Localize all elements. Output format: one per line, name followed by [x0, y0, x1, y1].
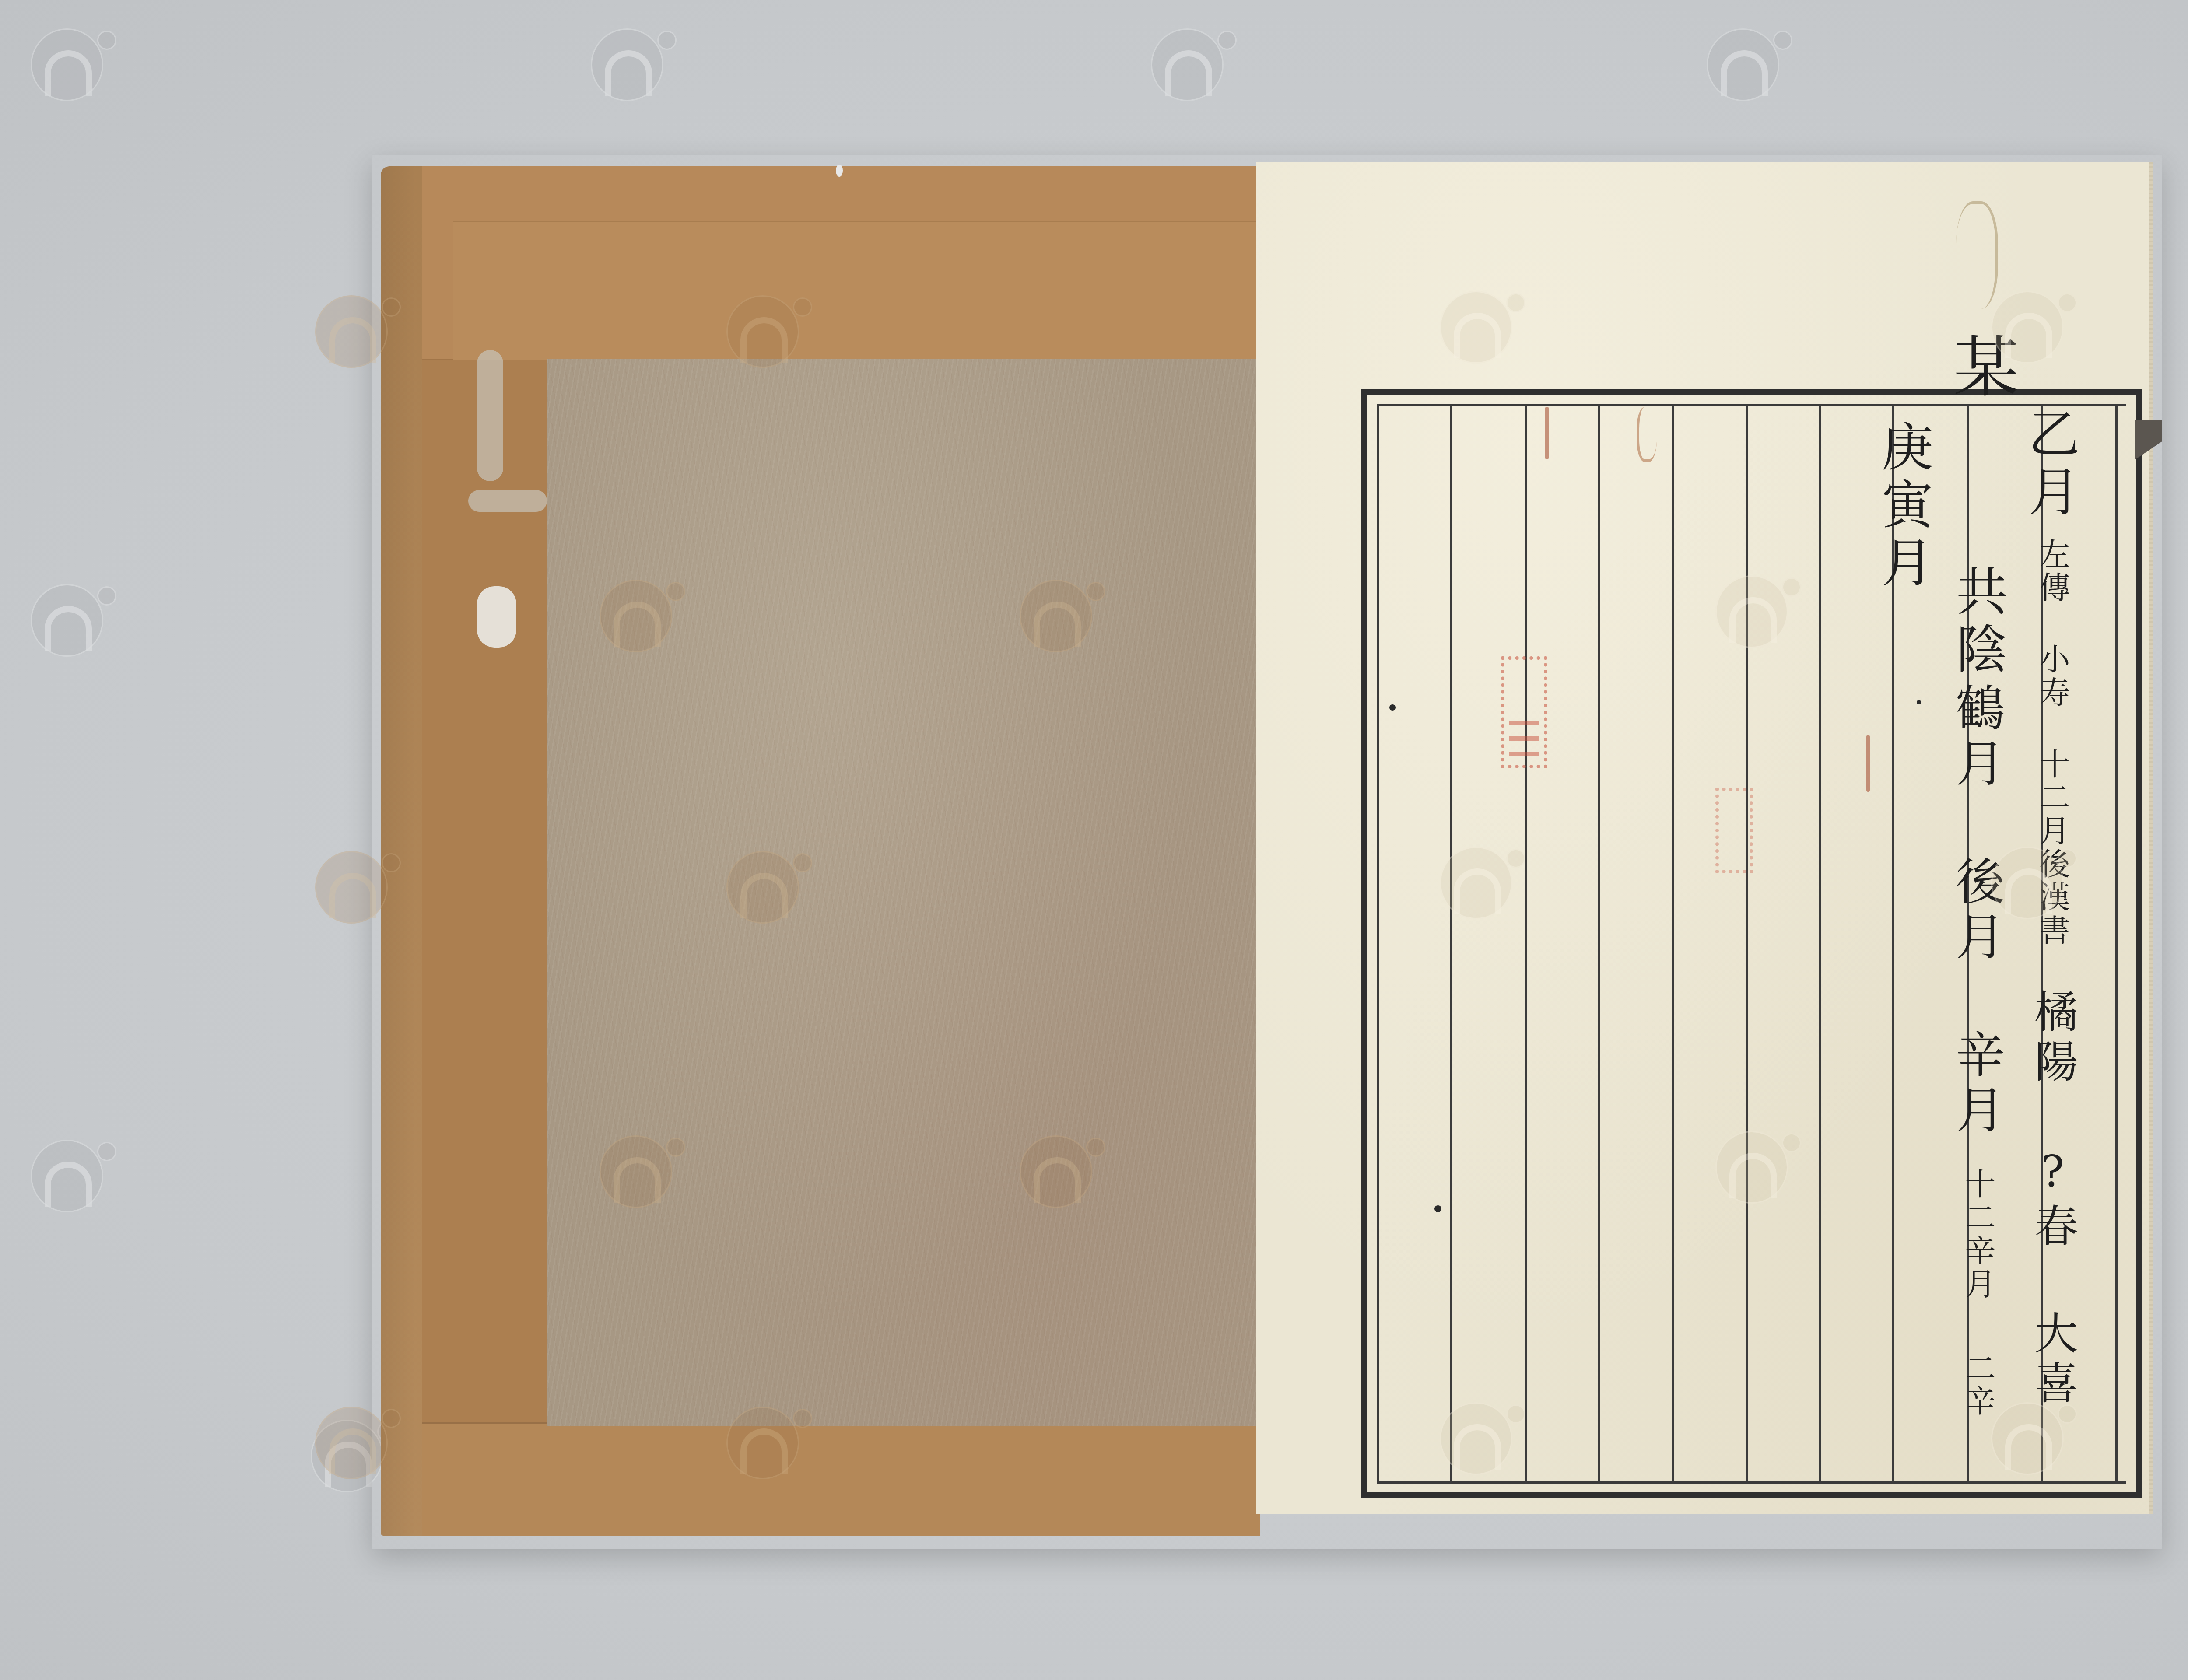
- ruled-page: 乙月 左傳 小寿 十二月後漢書 橘陽 ?春 大喜 某 共陰 鶴月 後月 辛月 十…: [1256, 162, 2153, 1514]
- book-cover-inside: [381, 166, 1260, 1536]
- paper-fiber-thread: [1637, 407, 1657, 462]
- watermark-logo-icon: [1006, 560, 1107, 661]
- watermark-logo-icon: [1427, 827, 1527, 927]
- cover-damage: [477, 586, 516, 647]
- watermark-logo-icon: [713, 831, 814, 932]
- handwritten-column-1-bottom: 橘陽 ?春 大喜: [2030, 989, 2074, 1410]
- watermark-logo-icon: [713, 276, 814, 376]
- red-seal: [1715, 787, 1753, 873]
- handwritten-column-2-annotation: 十二辛月: [1963, 1168, 1993, 1301]
- column-rule: [1819, 404, 1821, 1484]
- ink-speck: [1389, 704, 1396, 710]
- watermark-logo-icon: [1138, 9, 1238, 109]
- watermark-logo-icon: [302, 1387, 403, 1487]
- cover-damage: [468, 490, 547, 512]
- column-rule: [2115, 404, 2118, 1484]
- binding-hole: [836, 164, 843, 177]
- watermark-logo-icon: [1978, 827, 2079, 927]
- red-seal: [1501, 656, 1547, 768]
- column-rule: [1672, 404, 1674, 1484]
- cover-turn-in-bottom: [422, 1422, 1260, 1536]
- watermark-logo-icon: [1978, 1382, 2079, 1483]
- ink-speck: [1434, 1205, 1441, 1212]
- watermark-logo-icon: [586, 1116, 687, 1216]
- watermark-logo-icon: [1978, 271, 2079, 372]
- handwritten-column-3: 庚寅月: [1877, 420, 1929, 593]
- column-rule: [1450, 404, 1452, 1484]
- watermark-logo-icon: [1702, 556, 1803, 656]
- cover-turn-in-top-inner: [453, 221, 1260, 360]
- watermark-logo-icon: [586, 560, 687, 661]
- cover-damage: [477, 350, 503, 481]
- column-rule: [1598, 404, 1600, 1484]
- watermark-logo-icon: [18, 9, 118, 109]
- red-stain: [1545, 407, 1549, 459]
- red-stain: [1866, 735, 1870, 792]
- handwritten-column-1-top: 乙月: [2024, 407, 2076, 522]
- column-rule: [1525, 404, 1527, 1484]
- watermark-logo-icon: [1702, 1111, 1803, 1212]
- watermark-logo-icon: [1694, 9, 1794, 109]
- watermark-logo-icon: [578, 9, 678, 109]
- ink-speck: [1917, 700, 1921, 704]
- watermark-logo-icon: [1427, 271, 1527, 372]
- page-fore-edge: [2149, 162, 2153, 1514]
- watermark-logo-icon: [18, 564, 118, 665]
- watermark-logo-icon: [302, 276, 403, 376]
- handwritten-column-2-top: 共陰: [1952, 564, 2003, 680]
- watermark-logo-icon: [1006, 1116, 1107, 1216]
- watermark-logo-icon: [1427, 1382, 1527, 1483]
- watermark-logo-icon: [302, 831, 403, 932]
- watermark-logo-icon: [18, 1120, 118, 1221]
- endpaper-panel: [547, 359, 1258, 1426]
- watermark-logo-icon: [713, 1387, 814, 1487]
